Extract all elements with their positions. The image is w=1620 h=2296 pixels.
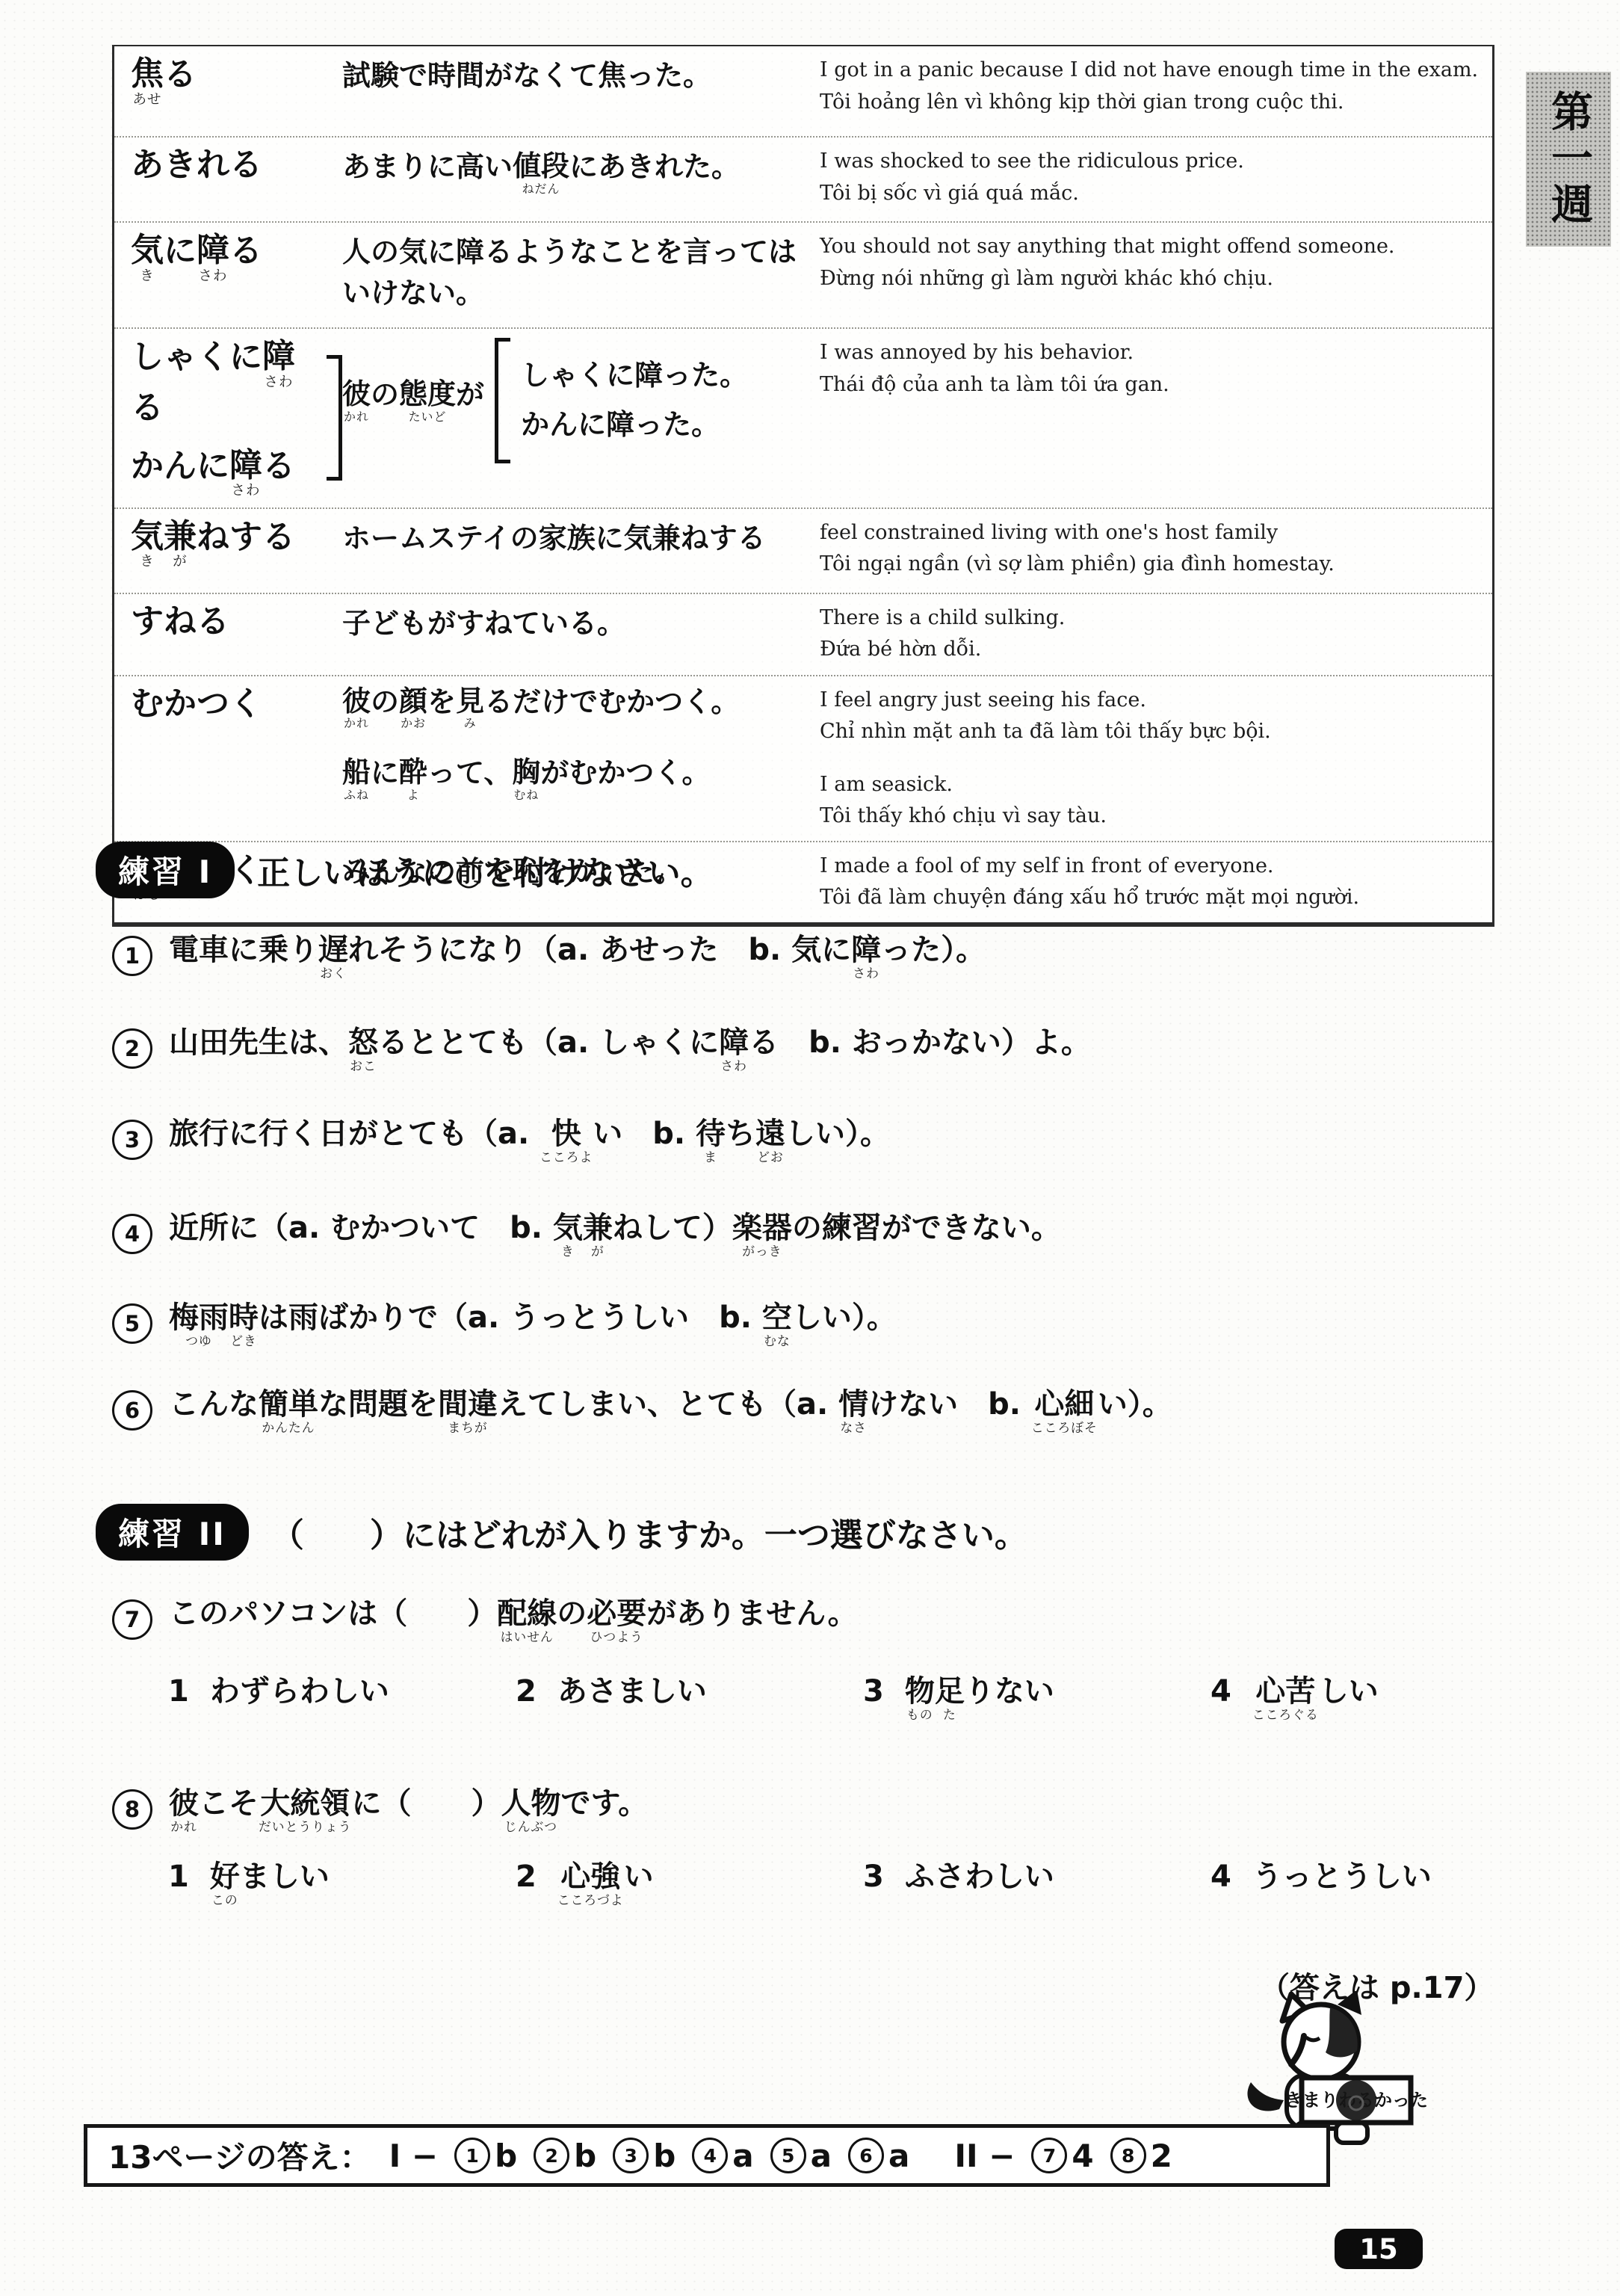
answer-number: 2	[534, 2138, 569, 2173]
translation-en: I made a fool of my self in front of eve…	[820, 851, 1479, 882]
option-4: 4 うっとうしい	[1211, 1860, 1558, 1907]
vocabulary-table: 焦あせる 試験で時間がなくて焦った。 I got in a panic beca…	[112, 45, 1494, 927]
translation-vi: Tôi hoảng lên vì không kịp thời gian tro…	[820, 87, 1479, 118]
answers-label: 13ページの答え：	[108, 2133, 371, 2178]
answer-number: 5	[770, 2138, 806, 2173]
vocab-word-pair: しゃくに障さわる かんに障さわる	[114, 338, 342, 499]
item-text: 電車に乗り遅おくれそうになり（a. あせった b. 気に障さわった）。	[169, 933, 986, 980]
exercise2-item-8: 8 彼かれこそ大統領だいとうりょうに（ ）人物じんぶつです。	[112, 1786, 648, 1833]
translation-en: I am seasick.	[820, 770, 1479, 800]
example-ending: しゃくに障った。	[521, 359, 748, 392]
item-text: 近所に（a. むかついて b. 気き兼がねして）楽器がっきの練習ができない。	[169, 1211, 1061, 1258]
option-2: 2 心強こころづよい	[516, 1860, 863, 1907]
example-sentence: あまりに高い値段ねだんにあきれた。	[342, 146, 809, 195]
answer-pair: 2b	[534, 2138, 596, 2174]
translation-vi: Tôi bị sốc vì giá quá mắc.	[820, 179, 1479, 209]
example-ending: かんに障った。	[521, 409, 748, 442]
answer-pair: 82	[1110, 2138, 1172, 2174]
set2-label: II −	[954, 2138, 1015, 2174]
exercise2-header: 練習 II （ ）にはどれが入りますか。一つ選びなさい。	[96, 1504, 1027, 1561]
item-number: 1	[112, 936, 152, 976]
example-sentences: 彼かれの顔かおを見みるだけでむかつく。 船ふねに酔よって、胸むねがむかつく。	[342, 685, 809, 801]
option-text: うっとうしい	[1252, 1860, 1432, 1894]
option-text: 好このましい	[210, 1860, 330, 1907]
answer-number: 3	[613, 2138, 649, 2173]
answer-value: a	[888, 2138, 909, 2174]
table-row: あきれる あまりに高い値段ねだんにあきれた。 I was shocked to …	[114, 136, 1492, 221]
previous-answers-strip: 13ページの答え： I − 1b 2b 3b 4a 5a 6a II − 74 …	[84, 2124, 1330, 2187]
table-row: しゃくに障さわる かんに障さわる 彼かれの態度たいどが しゃくに障った。 かんに…	[114, 327, 1492, 507]
item-number: 8	[112, 1789, 152, 1830]
ink-blob	[1336, 2080, 1376, 2120]
item-number: 7	[112, 1599, 152, 1640]
chapter-tab-label: 第一週	[1539, 90, 1598, 229]
answers-set-1: I − 1b 2b 3b 4a 5a 6a	[389, 2138, 910, 2174]
exercise1-item-2: 2 山田先生は、怒おこるととても（a. しゃくに障さわる b. おっかない）よ。	[112, 1025, 1091, 1073]
table-row: 気きに障さわる 人の気に障るようなことを言ってはいけない。 You should…	[114, 221, 1492, 327]
option-number: 3	[863, 1674, 884, 1709]
item-text: 旅行に行く日がとても（a. 快こころよい b. 待まち遠どおしい）。	[169, 1117, 890, 1164]
exercise1-item-1: 1 電車に乗り遅おくれそうになり（a. あせった b. 気に障さわった）。	[112, 933, 986, 980]
example-sentence: 子どもがすねている。	[342, 603, 809, 644]
question8-options: 1 好このましい 2 心強こころづよい 3 ふさわしい 4 うっとうしい	[168, 1860, 1558, 1907]
example-sentence: 試験で時間がなくて焦った。	[342, 55, 809, 96]
item-number: 6	[112, 1390, 152, 1431]
item-number: 3	[112, 1120, 152, 1160]
translation-cell: I was shocked to see the ridiculous pric…	[809, 146, 1492, 209]
option-1: 1 わずらわしい	[168, 1674, 516, 1721]
exercise2-badge: 練習 II	[96, 1504, 249, 1561]
option-3: 3 物もの足たりない	[863, 1674, 1211, 1721]
translation-group: I am seasick. Tôi thấy khó chịu vì say t…	[820, 770, 1479, 832]
exercise2-instruction: （ ）にはどれが入りますか。一つ選びなさい。	[271, 1508, 1027, 1556]
option-text: わずらわしい	[210, 1674, 389, 1709]
exercise1-header: 練習 I 正しいほうに○を付けなさい。	[96, 842, 714, 898]
question7-options: 1 わずらわしい 2 あさましい 3 物もの足たりない 4 心苦こころぐるしい	[168, 1674, 1558, 1721]
item-number: 5	[112, 1303, 152, 1344]
bracket-open	[495, 338, 510, 463]
example-sentence: 船ふねに酔よって、胸むねがむかつく。	[342, 756, 809, 801]
answer-value: a	[811, 2138, 832, 2174]
option-number: 1	[168, 1860, 189, 1894]
vocab-word: すねる	[114, 603, 342, 641]
item-text: 梅雨つゆ時どきは雨ばかりで（a. うっとうしい b. 空むなしい）。	[169, 1300, 897, 1348]
chapter-tab: 第一週	[1526, 72, 1611, 247]
translation-en: I feel angry just seeing his face.	[820, 685, 1479, 716]
translation-group: I feel angry just seeing his face. Chỉ n…	[820, 685, 1479, 747]
answer-value: b	[574, 2138, 596, 2174]
item-text: 山田先生は、怒おこるととても（a. しゃくに障さわる b. おっかない）よ。	[169, 1025, 1091, 1073]
answer-pair: 4a	[692, 2138, 753, 2174]
answer-value: 4	[1072, 2138, 1093, 2174]
translation-cell: I was annoyed by his behavior. Thái độ c…	[809, 338, 1492, 400]
example-sentence: 彼かれの顔かおを見みるだけでむかつく。	[342, 685, 809, 730]
translation-en: There is a child sulking.	[820, 603, 1479, 634]
answer-number: 4	[692, 2138, 728, 2173]
option-number: 4	[1211, 1860, 1231, 1894]
page-number: 15	[1359, 2233, 1398, 2265]
item-number: 4	[112, 1214, 152, 1254]
page-number-badge: 15	[1335, 2229, 1423, 2269]
translation-en: feel constrained living with one's host …	[820, 518, 1479, 549]
translation-vi: Đừng nói những gì làm người khác khó chị…	[820, 264, 1479, 294]
translation-vi: Tôi đã làm chuyện đáng xấu hổ trước mặt …	[820, 883, 1479, 913]
vocab-word: むかつく	[114, 685, 342, 723]
exercise1-item-5: 5 梅雨つゆ時どきは雨ばかりで（a. うっとうしい b. 空むなしい）。	[112, 1300, 897, 1348]
translation-cell: You should not say anything that might o…	[809, 232, 1492, 294]
exercise1-item-4: 4 近所に（a. むかついて b. 気き兼がねして）楽器がっきの練習ができない。	[112, 1211, 1061, 1258]
table-row: むかつく 彼かれの顔かおを見みるだけでむかつく。 船ふねに酔よって、胸むねがむか…	[114, 675, 1492, 841]
item-text: こんな簡単かんたんな問題を間違まちがえてしまい、とても（a. 情なさけない b.…	[169, 1387, 1172, 1434]
answer-pair: 5a	[770, 2138, 832, 2174]
option-text: 心苦こころぐるしい	[1252, 1674, 1379, 1721]
translation-vi: Thái độ của anh ta làm tôi ứa gan.	[820, 370, 1479, 401]
set1-label: I −	[389, 2138, 438, 2174]
translation-en: I was shocked to see the ridiculous pric…	[820, 146, 1479, 177]
exercise1-badge: 練習 I	[96, 842, 235, 898]
option-number: 3	[863, 1860, 884, 1894]
option-number: 2	[516, 1860, 537, 1894]
example-sentence: ホームステイの家族に気兼ねする	[342, 518, 809, 559]
example-sentence: 人の気に障るようなことを言ってはいけない。	[342, 232, 809, 314]
translation-en: I was annoyed by his behavior.	[820, 338, 1479, 368]
translation-en: I got in a panic because I did not have …	[820, 55, 1479, 86]
answer-value: b	[495, 2138, 517, 2174]
answer-pair: 74	[1031, 2138, 1093, 2174]
translation-cell: There is a child sulking. Đứa bé hờn dỗi…	[809, 603, 1492, 665]
item-text: このパソコンは（ ）配線はいせんの必要ひつようがありません。	[169, 1596, 858, 1644]
answer-value: a	[732, 2138, 753, 2174]
table-row: すねる 子どもがすねている。 There is a child sulking.…	[114, 593, 1492, 675]
translation-cell: I made a fool of my self in front of eve…	[809, 851, 1492, 913]
option-text: 心強こころづよい	[557, 1860, 654, 1907]
bracket-close	[327, 355, 342, 481]
translation-cell: I got in a panic because I did not have …	[809, 55, 1492, 117]
vocab-word: しゃくに障さわる	[131, 338, 322, 428]
answer-pair: 6a	[848, 2138, 909, 2174]
option-3: 3 ふさわしい	[863, 1860, 1211, 1907]
option-1: 1 好このましい	[168, 1860, 516, 1907]
translation-vi: Chỉ nhìn mặt anh ta đã làm tôi thấy bực …	[820, 717, 1479, 747]
option-text: あさましい	[557, 1674, 707, 1709]
item-number: 2	[112, 1028, 152, 1069]
example-sentence: 彼かれの態度たいどが しゃくに障った。 かんに障った。	[342, 338, 809, 463]
exercise1-item-6: 6 こんな簡単かんたんな問題を間違まちがえてしまい、とても（a. 情なさけない …	[112, 1387, 1172, 1434]
option-text: ふさわしい	[905, 1860, 1054, 1894]
item-text: 彼かれこそ大統領だいとうりょうに（ ）人物じんぶつです。	[169, 1786, 648, 1833]
option-number: 2	[516, 1674, 537, 1709]
vocab-word: 気きに障さわる	[114, 232, 342, 283]
answers-set-2: II − 74 82	[954, 2138, 1172, 2174]
vocab-word: あきれる	[114, 146, 342, 185]
option-text: 物もの足たりない	[905, 1674, 1054, 1721]
option-2: 2 あさましい	[516, 1674, 863, 1721]
translation-vi: Tôi ngại ngần (vì sợ làm phiền) gia đình…	[820, 549, 1479, 580]
exercise1-instruction: 正しいほうに○を付けなさい。	[257, 846, 713, 894]
example-head: 彼かれの態度たいどが	[342, 378, 484, 423]
translation-en: You should not say anything that might o…	[820, 232, 1479, 262]
table-row: 焦あせる 試験で時間がなくて焦った。 I got in a panic beca…	[114, 46, 1492, 136]
textbook-page: 第一週 焦あせる 試験で時間がなくて焦った。 I got in a panic …	[0, 0, 1620, 2296]
option-number: 1	[168, 1674, 189, 1709]
exercise1-item-3: 3 旅行に行く日がとても（a. 快こころよい b. 待まち遠どおしい）。	[112, 1117, 890, 1164]
option-4: 4 心苦こころぐるしい	[1211, 1674, 1558, 1721]
answer-pair: 1b	[454, 2138, 517, 2174]
answer-pair: 3b	[613, 2138, 675, 2174]
answer-number: 7	[1031, 2138, 1067, 2173]
translation-vi: Đứa bé hờn dỗi.	[820, 635, 1479, 665]
answer-value: b	[653, 2138, 675, 2174]
answer-number: 1	[454, 2138, 490, 2173]
option-number: 4	[1211, 1674, 1231, 1709]
answer-number: 6	[848, 2138, 884, 2173]
answer-value: 2	[1151, 2138, 1172, 2174]
translation-cell: feel constrained living with one's host …	[809, 518, 1492, 580]
vocab-word: かんに障さわる	[131, 447, 322, 499]
vocab-word: 焦あせる	[114, 55, 342, 107]
table-row: 気き兼がねする ホームステイの家族に気兼ねする feel constrained…	[114, 507, 1492, 593]
exercise2-item-7: 7 このパソコンは（ ）配線はいせんの必要ひつようがありません。	[112, 1596, 858, 1644]
answer-number: 8	[1110, 2138, 1146, 2173]
translation-vi: Tôi thấy khó chịu vì say tàu.	[820, 801, 1479, 832]
translation-cell: I feel angry just seeing his face. Chỉ n…	[809, 685, 1492, 832]
vocab-word: 気き兼がねする	[114, 518, 342, 570]
